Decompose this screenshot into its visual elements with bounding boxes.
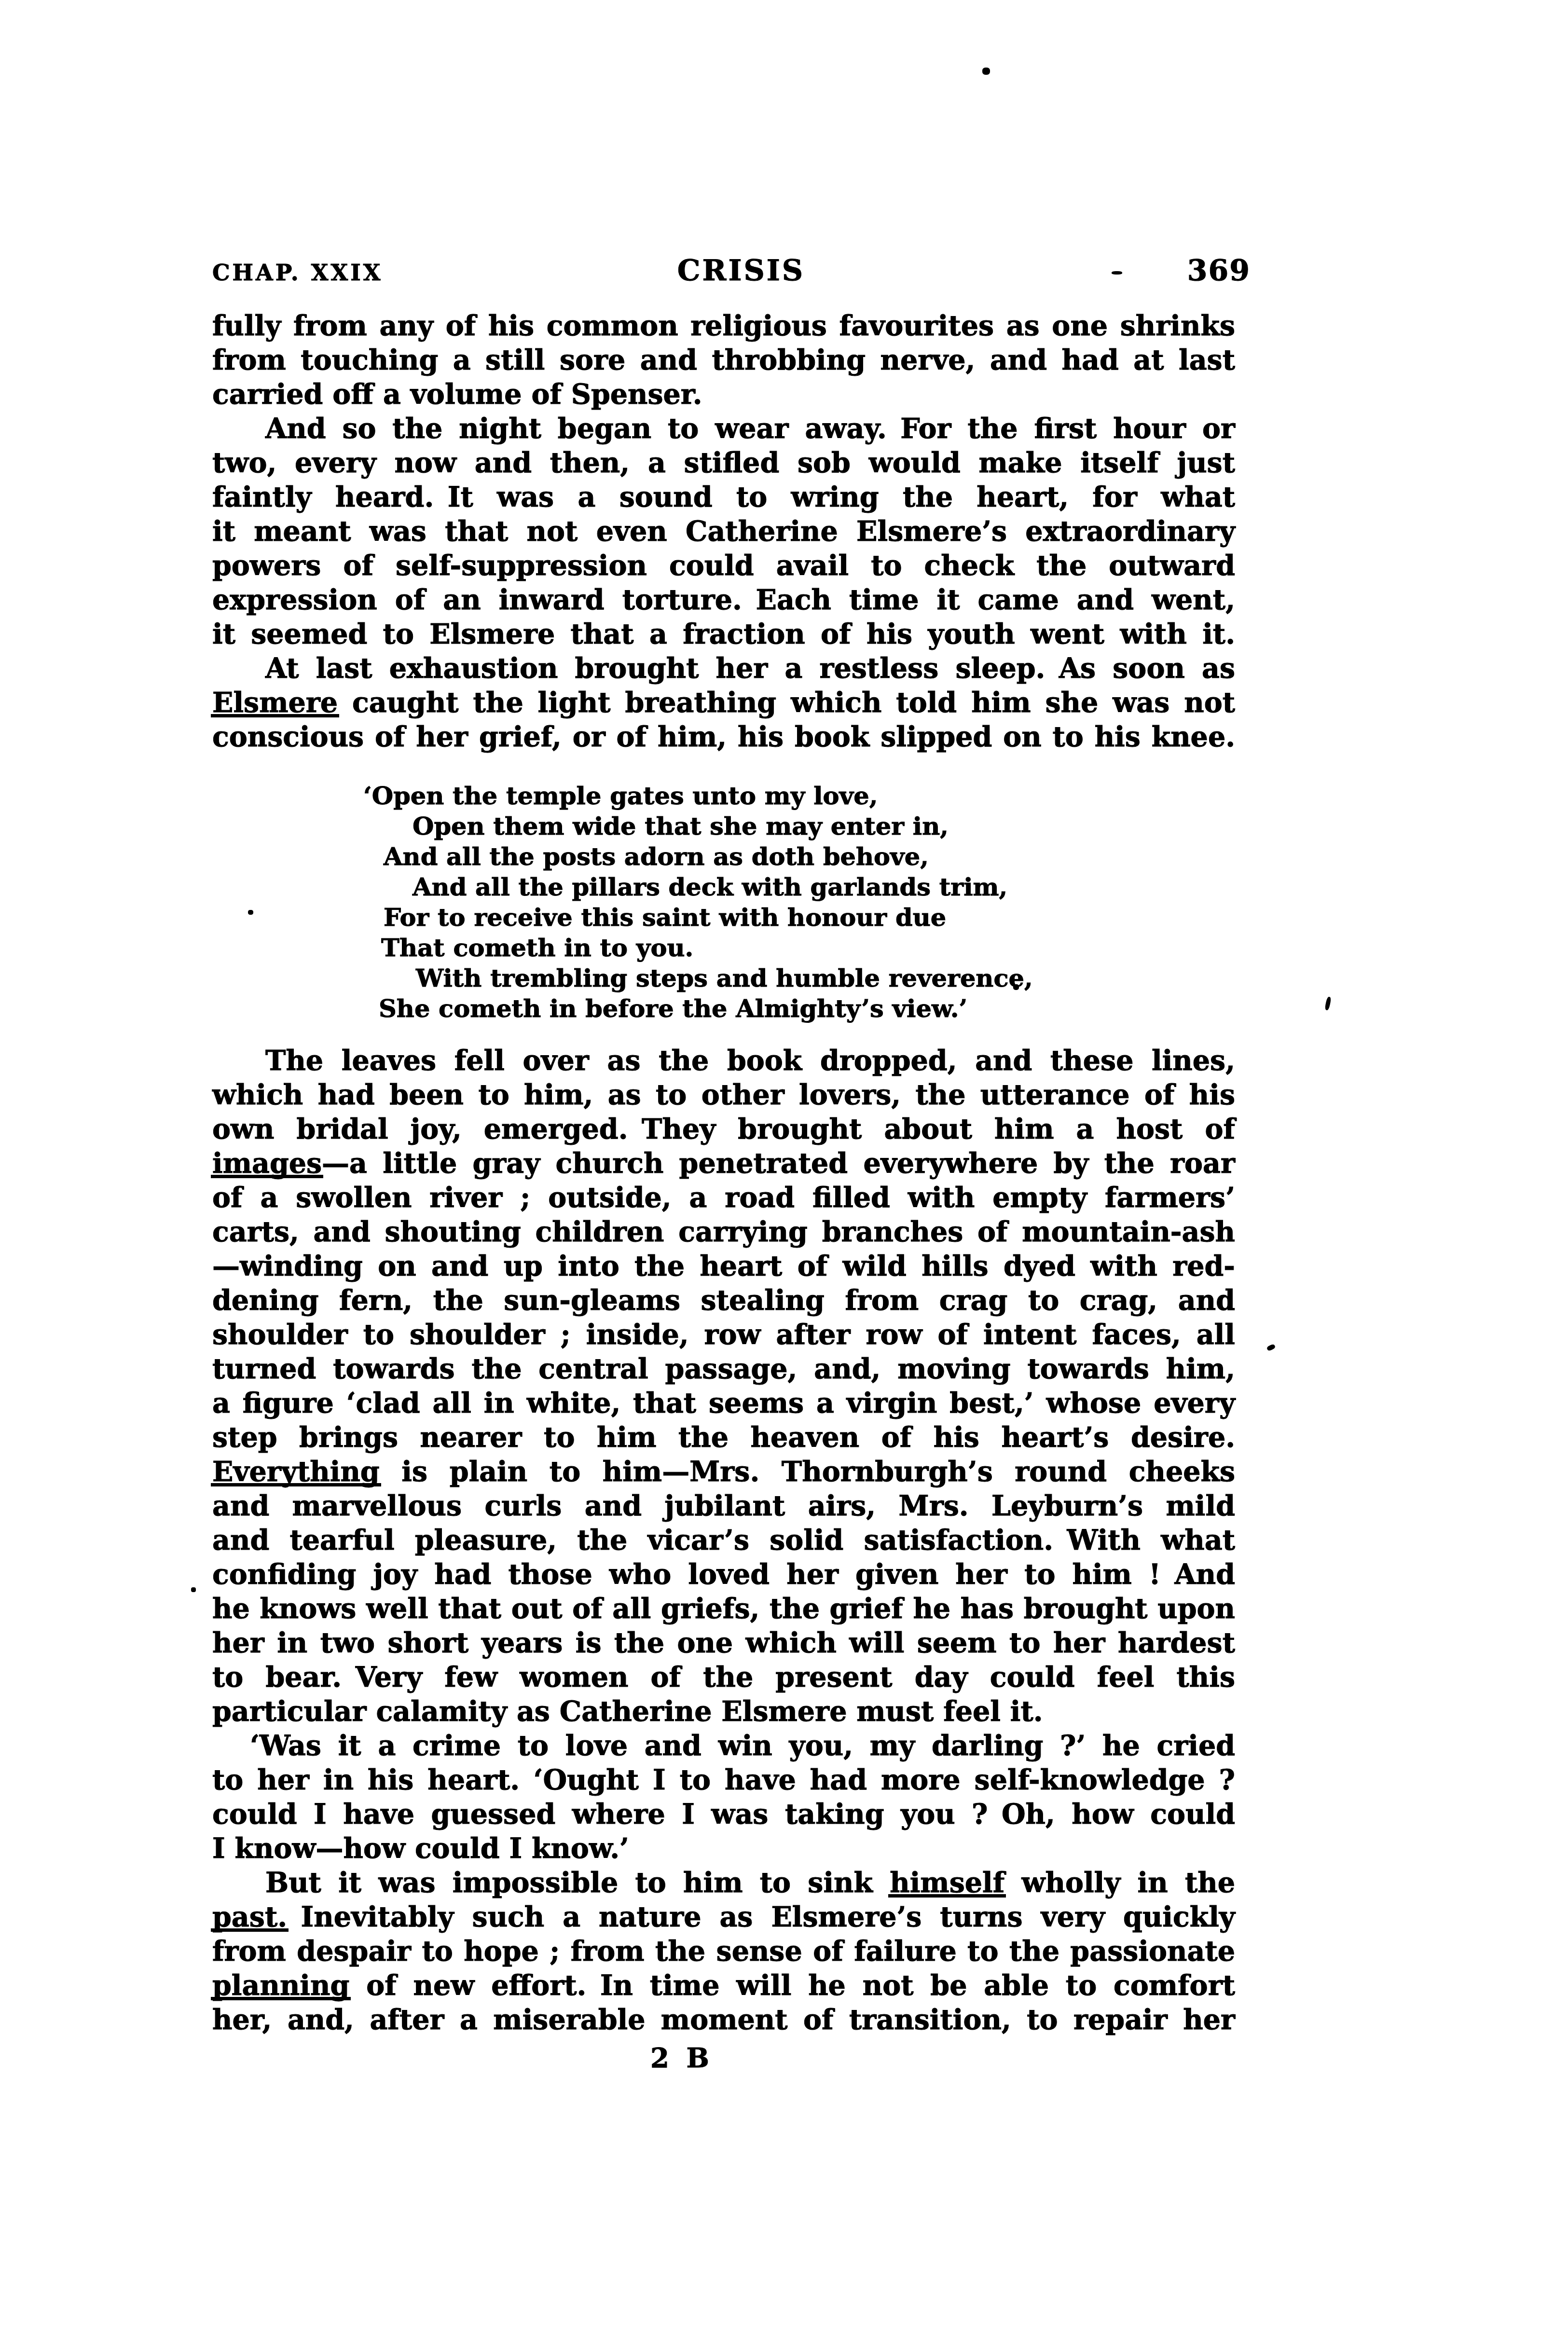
ink-smudge-underline: himself xyxy=(890,1867,1004,1899)
paragraph: And so the night began to wear away. For… xyxy=(212,412,1235,651)
poem-line: With trembling steps and humble reverenc… xyxy=(416,963,1235,994)
poem-line: And all the pillars deck with garlands t… xyxy=(413,872,1235,903)
poem-line: ‘Open the temple gates unto my love, xyxy=(363,781,1235,812)
text-line: The leaves fell over as the book dropped… xyxy=(212,1044,1235,1078)
ink-speck xyxy=(1112,271,1122,275)
paragraph: At last exhaustion brought her a restles… xyxy=(212,651,1235,754)
text-line: faintly heard. It was a sound to wring t… xyxy=(212,480,1235,514)
text-line: And so the night began to wear away. For… xyxy=(212,412,1235,446)
text-line: past. Inevitably such a nature as Elsmer… xyxy=(212,1900,1235,1934)
text-line: turned towards the central passage, and,… xyxy=(212,1352,1235,1386)
text-line: to bear. Very few women of the present d… xyxy=(212,1660,1235,1694)
ink-smudge-underline: images xyxy=(212,1147,322,1180)
text-line: a figure ‘clad all in white, that seems … xyxy=(212,1386,1235,1420)
running-header: CHAP. XXIX CRISIS 369 xyxy=(212,247,1235,289)
text-line: conscious of her grief, or of him, his b… xyxy=(212,720,1235,754)
text-line: I know—how could I know.’ xyxy=(212,1831,1235,1866)
ink-speck xyxy=(1324,996,1332,1010)
text-line: carried off a volume of Spenser. xyxy=(212,377,1235,412)
text-line: two, every now and then, a stifled sob w… xyxy=(212,446,1235,480)
ink-speck xyxy=(248,910,253,915)
text-line: dening fern, the sun-gleams stealing fro… xyxy=(212,1283,1235,1318)
book-page: CHAP. XXIX CRISIS 369 fully from any of … xyxy=(0,0,1568,2352)
text-line: her, and, after a miserable moment of tr… xyxy=(212,2003,1235,2037)
paragraph: But it was impossible to him to sink him… xyxy=(212,1866,1235,2037)
text-line: shoulder to shoulder ; inside, row after… xyxy=(212,1318,1235,1352)
text-line: he knows well that out of all griefs, th… xyxy=(212,1592,1235,1626)
ink-speck xyxy=(1013,984,1019,990)
text-line: it seemed to Elsmere that a fraction of … xyxy=(212,617,1235,651)
text-line: it meant was that not even Catherine Els… xyxy=(212,514,1235,549)
ink-smudge-underline: past. xyxy=(212,1901,287,1933)
poem-line: Open them wide that she may enter in, xyxy=(413,812,1235,842)
text-line: from touching a still sore and throbbing… xyxy=(212,343,1235,377)
text-line: her in two short years is the one which … xyxy=(212,1626,1235,1660)
text-line: carts, and shouting children carrying br… xyxy=(212,1215,1235,1249)
poem-line: That cometh in to you. xyxy=(381,933,1235,963)
text-line: which had been to him, as to other lover… xyxy=(212,1078,1235,1112)
ink-smudge-underline: planning xyxy=(212,1969,349,2002)
text-line: to her in his heart. ‘Ought I to have ha… xyxy=(212,1763,1235,1797)
ink-speck xyxy=(982,68,990,75)
text-line: particular calamity as Catherine Elsmere… xyxy=(212,1694,1235,1729)
text-line: expression of an inward torture. Each ti… xyxy=(212,583,1235,617)
page-number: 369 xyxy=(1187,254,1251,288)
running-chapter-label: CHAP. XXIX xyxy=(212,260,383,286)
ink-smudge-underline: Everything xyxy=(212,1456,380,1488)
paragraph: The leaves fell over as the book dropped… xyxy=(212,1044,1235,1729)
text-line: planning of new effort. In time will he … xyxy=(212,1968,1235,2003)
ink-speck xyxy=(191,1587,196,1592)
text-line: —winding on and up into the heart of wil… xyxy=(212,1249,1235,1283)
text-column: fully from any of his common religious f… xyxy=(212,309,1235,2037)
text-line: powers of self-suppression could avail t… xyxy=(212,549,1235,583)
paragraph: fully from any of his common religious f… xyxy=(212,309,1235,412)
text-line: and tearful pleasure, the vicar’s solid … xyxy=(212,1523,1235,1557)
ink-speck xyxy=(1266,1344,1276,1351)
ink-smudge-underline: Elsmere xyxy=(212,687,338,719)
poem-block: ‘Open the temple gates unto my love,Open… xyxy=(212,781,1235,1024)
text-line: confiding joy had those who loved her gi… xyxy=(212,1557,1235,1592)
poem-line: She cometh in before the Almighty’s view… xyxy=(379,994,1235,1024)
paragraph: ‘Was it a crime to love and win you, my … xyxy=(212,1729,1235,1866)
text-line: and marvellous curls and jubilant airs, … xyxy=(212,1489,1235,1523)
text-line: But it was impossible to him to sink him… xyxy=(212,1866,1235,1900)
text-line: step brings nearer to him the heaven of … xyxy=(212,1420,1235,1455)
text-line: At last exhaustion brought her a restles… xyxy=(212,651,1235,686)
text-line: ‘Was it a crime to love and win you, my … xyxy=(212,1729,1235,1763)
text-line: fully from any of his common religious f… xyxy=(212,309,1235,343)
signature-mark: 2 B xyxy=(650,2044,713,2073)
poem-line: For to receive this saint with honour du… xyxy=(384,903,1235,933)
text-line: own bridal joy, emerged. They brought ab… xyxy=(212,1112,1235,1146)
text-line: Everything is plain to him—Mrs. Thornbur… xyxy=(212,1455,1235,1489)
poem-line: And all the posts adorn as doth behove, xyxy=(384,842,1235,872)
text-line: images—a little gray church penetrated e… xyxy=(212,1146,1235,1181)
text-line: Elsmere caught the light breathing which… xyxy=(212,686,1235,720)
text-line: of a swollen river ; outside, a road fil… xyxy=(212,1181,1235,1215)
running-title: CRISIS xyxy=(677,254,805,288)
text-line: could I have guessed where I was taking … xyxy=(212,1797,1235,1831)
text-line: from despair to hope ; from the sense of… xyxy=(212,1934,1235,1968)
